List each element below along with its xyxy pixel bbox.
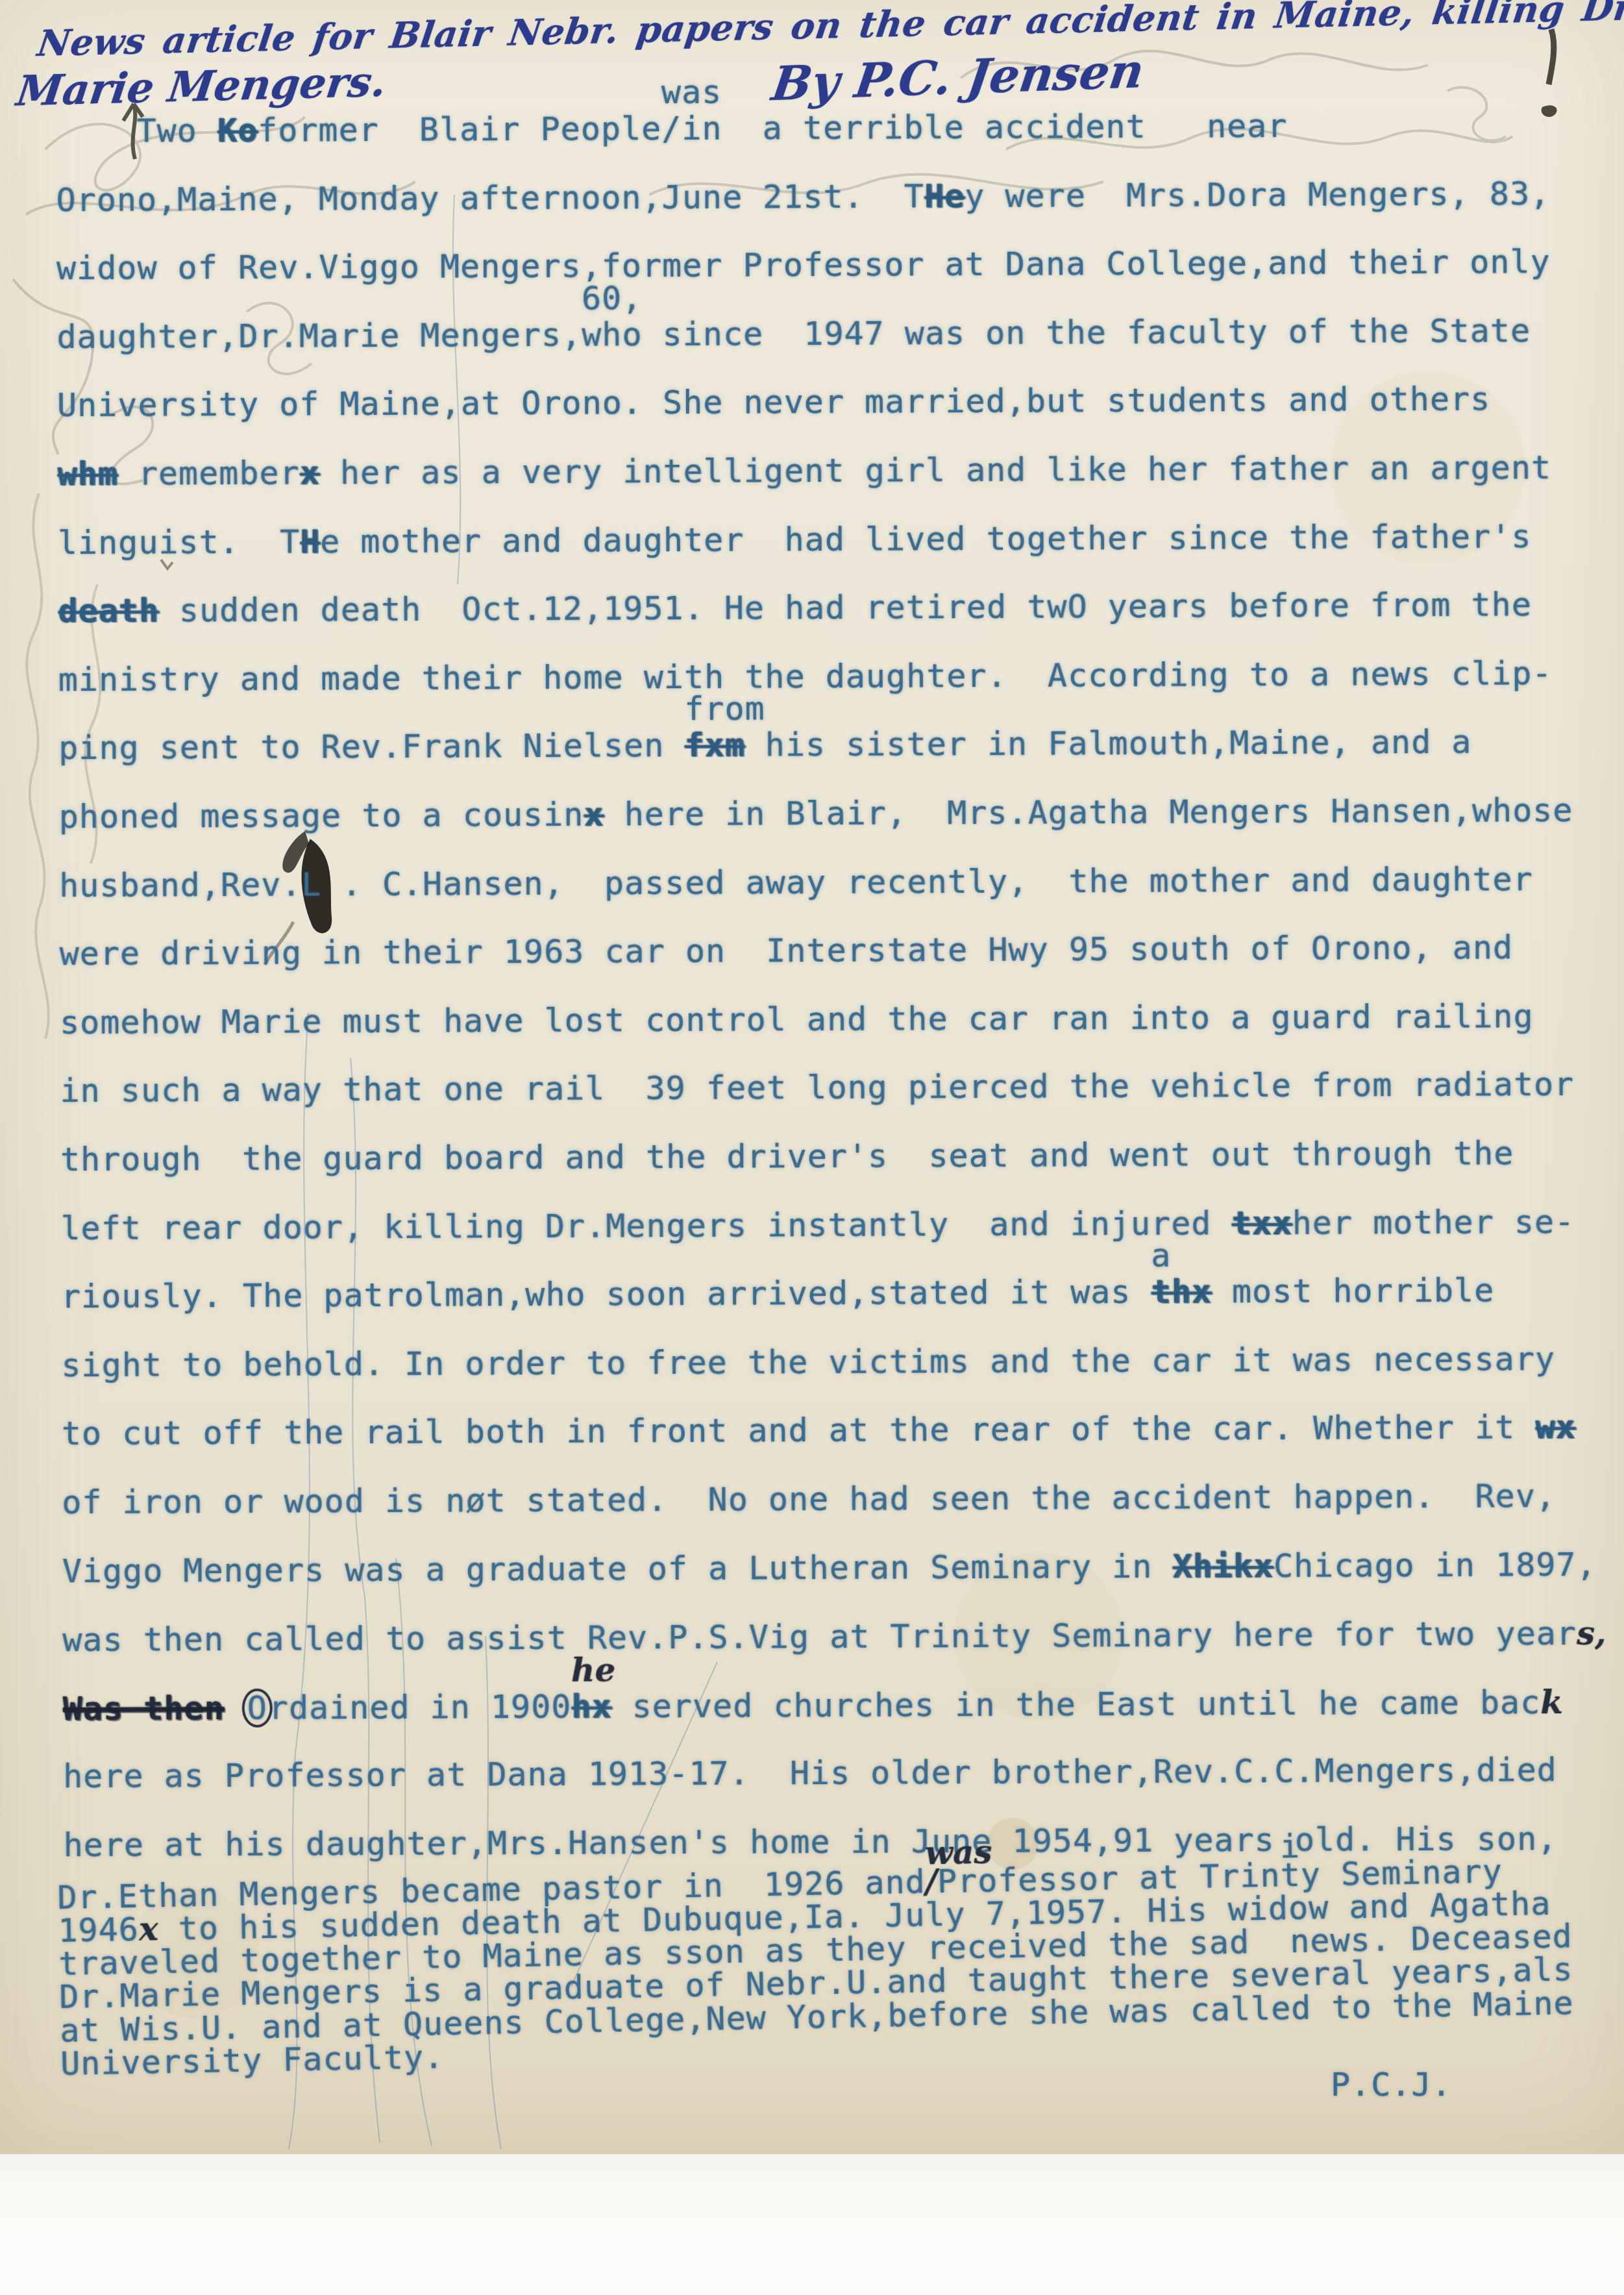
typed-line: widow of Rev.Viggo Mengers,former Profes… xyxy=(56,243,1551,286)
paper-sheet: News article for Blair Nebr. papers on t… xyxy=(0,0,1624,2154)
typed-line: phoned message to a cousinx here in Blai… xyxy=(59,791,1573,834)
typed-line: Orono,Maine, Monday afternoon,June 21st.… xyxy=(56,175,1550,217)
typed-line: death sudden death Oct.12,1951. He had r… xyxy=(58,586,1532,628)
scanner-bed-strip xyxy=(0,2154,1624,2295)
typed-text: He xyxy=(924,177,965,215)
typed-text: University of Maine,at Orono. She never … xyxy=(57,380,1491,425)
inserted-word: i xyxy=(1279,1828,1280,1865)
typed-paragraph-tail: Dr.Ethan Mengers became pastor in 1926 a… xyxy=(57,1850,1606,2092)
typed-text: hx xyxy=(571,1687,611,1725)
typed-line: sight to behold. In order to free the vi… xyxy=(61,1340,1555,1383)
pen-mark: k xyxy=(1540,1683,1563,1721)
typed-text: thx xyxy=(1151,1273,1212,1311)
typed-text: widow of Rev.Viggo Mengers,former Profes… xyxy=(56,243,1551,287)
typed-line: daughter,Dr.Marie Mengers,60,who since 1… xyxy=(56,312,1531,354)
typed-text: txx xyxy=(1231,1204,1292,1241)
typed-text: through the guard board and the driver's… xyxy=(60,1134,1514,1178)
typed-text: phoned message to a cousin xyxy=(59,796,584,836)
typed-line: husband,Rev.L . C.Hansen, passed away re… xyxy=(59,860,1533,903)
typed-text: /in a terrible accident near xyxy=(661,107,1287,147)
typed-text: death xyxy=(58,592,159,630)
typed-text: Chicago in 1897, xyxy=(1273,1545,1597,1584)
typed-text: linguist. T xyxy=(58,523,300,562)
typed-text: University Faculty. xyxy=(60,2038,445,2083)
typed-line: were driving in their 1963 car on Inters… xyxy=(60,929,1514,972)
typed-line: was then called to assist Rev.P.S.Vig at… xyxy=(62,1614,1606,1657)
typed-text: her as a very intelligent girl and like … xyxy=(320,449,1552,491)
typed-text: remember xyxy=(118,454,300,493)
typed-line: of iron or wood is nøt stated. No one ha… xyxy=(62,1477,1556,1520)
typed-line: Was then Ordained in 1900hehx served chu… xyxy=(63,1683,1563,1726)
typed-text: sudden death Oct.12,1951. He had retired… xyxy=(159,586,1532,629)
typed-line: ministry and made their home with the da… xyxy=(58,654,1553,697)
typed-line: here as Professor at Dana 1913-17. His o… xyxy=(63,1751,1557,1794)
typed-text: e mother and daughter had lived together… xyxy=(320,517,1531,560)
typed-text: was then called to assist Rev.P.S.Vig at… xyxy=(62,1615,1577,1659)
typed-text: husband,Rev.L . C.Hansen, passed away re… xyxy=(59,860,1533,904)
typed-line: whm rememberx her as a very intelligent … xyxy=(57,449,1551,491)
typed-text: somehow Marie must have lost control and… xyxy=(60,997,1534,1041)
typed-text: sight to behold. In order to free the vi… xyxy=(61,1340,1555,1384)
typed-line: to cut off the rail both in front and at… xyxy=(62,1408,1576,1451)
typed-text: to cut off the rail both in front and at… xyxy=(62,1409,1536,1453)
typed-text: x xyxy=(300,454,320,491)
typed-line: Viggo Mengers was a graduate of a Luther… xyxy=(62,1545,1597,1588)
typed-text: former Blair People xyxy=(258,110,661,149)
typed-text: daughter,Dr.Marie Mengers, xyxy=(56,316,582,356)
typed-line: somehow Marie must have lost control and… xyxy=(60,997,1534,1040)
typed-text: her mother se- xyxy=(1292,1203,1575,1242)
typed-text: served churches in the East until he cam… xyxy=(611,1683,1540,1725)
typed-text: whm xyxy=(57,455,118,493)
typed-text: most horrible xyxy=(1212,1272,1495,1311)
typed-line: riously. The patrolman,who soon arrived,… xyxy=(61,1272,1495,1315)
typed-text: y were Mrs.Dora Mengers, 83, xyxy=(965,175,1550,215)
pencil-exclamation-mark xyxy=(1542,29,1557,117)
typed-text: Ko xyxy=(217,112,258,149)
typed-text: who since 1947 was on the faculty of the… xyxy=(582,312,1531,353)
typed-line: left rear door, killing Dr.Mengers insta… xyxy=(60,1203,1575,1246)
typed-text: Xhikx xyxy=(1172,1547,1273,1585)
typed-text: Two xyxy=(56,112,217,150)
typed-text: of iron or wood is nøt stated. No one ha… xyxy=(62,1477,1556,1521)
typed-text: Viggo Mengers was a graduate of a Luther… xyxy=(62,1547,1173,1589)
typed-text: Was then xyxy=(63,1689,225,1728)
typed-signature: P.C.J. xyxy=(1331,2066,1452,2103)
typed-line: linguist. THe mother and daughter had li… xyxy=(58,517,1532,560)
typed-text: here in Blair, Mrs.Agatha Mengers Hansen… xyxy=(604,791,1573,834)
typed-line: University Faculty. xyxy=(60,2038,445,2081)
typed-line: through the guard board and the driver's… xyxy=(60,1134,1514,1177)
typed-text: in such a way that one rail 39 feet long… xyxy=(60,1065,1574,1110)
typed-text: his sister in Falmouth,Maine, and a xyxy=(745,723,1472,764)
typed-text: x xyxy=(584,795,604,833)
typed-text: Orono,Maine, Monday afternoon,June 21st.… xyxy=(56,177,924,219)
scanned-page: News article for Blair Nebr. papers on t… xyxy=(0,0,1624,2295)
typed-text: H xyxy=(300,523,320,560)
handwritten-header-line2: Marie Mengers. xyxy=(14,57,389,116)
inserted-word: was xyxy=(924,1833,925,1872)
typed-line: ping sent to Rev.Frank Nielsen fromfxm h… xyxy=(58,723,1471,765)
typed-text: wx xyxy=(1535,1408,1575,1446)
typed-text: rdained in 1900 xyxy=(269,1688,572,1727)
typed-line: University of Maine,at Orono. She never … xyxy=(57,380,1491,423)
typed-text: riously. The patrolman,who soon arrived,… xyxy=(61,1273,1151,1315)
typed-text: fxm xyxy=(684,726,745,764)
typed-paragraph-main: Two Koformer Blair Peoplewas/in a terrib… xyxy=(56,106,1595,1891)
typed-line: Two Koformer Blair Peoplewas/in a terrib… xyxy=(56,107,1288,149)
typed-text: here as Professor at Dana 1913-17. His o… xyxy=(63,1751,1557,1795)
handwritten-byline: By P.C. Jensen xyxy=(769,43,1148,111)
typed-text: ping sent to Rev.Frank Nielsen xyxy=(58,726,684,767)
typed-line: in such a way that one rail 39 feet long… xyxy=(60,1065,1574,1108)
typed-text: were driving in their 1963 car on Inters… xyxy=(60,929,1514,973)
typed-text: left rear door, killing Dr.Mengers insta… xyxy=(60,1204,1231,1247)
typed-text: ministry and made their home with the da… xyxy=(58,654,1553,699)
pen-mark: s, xyxy=(1577,1614,1606,1652)
